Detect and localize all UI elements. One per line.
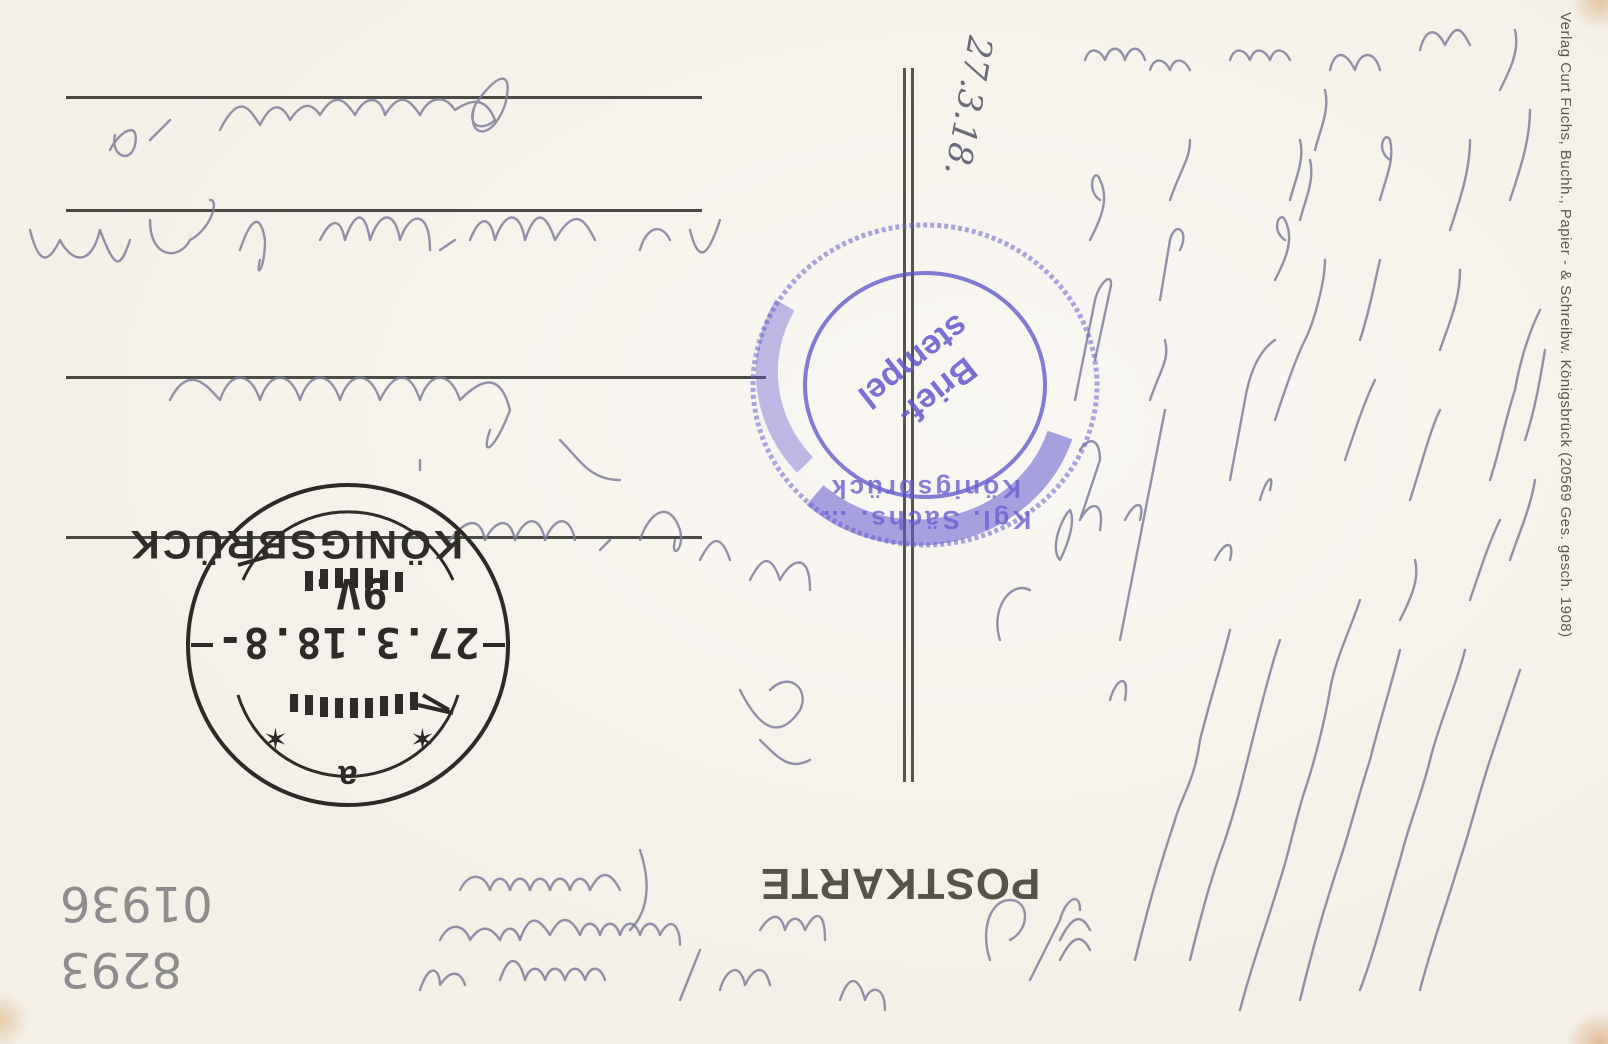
postmark: ✶ ✶ a 27.3.18.8-9V. KÖNIGSBRÜCK (183, 480, 513, 810)
postmark-date: 27.3.18.8-9V. (213, 569, 483, 667)
archive-number-2: 01936 (60, 870, 213, 936)
postmark-town: KÖNIGSBRÜCK (233, 521, 463, 566)
svg-text:✶: ✶ (410, 720, 435, 755)
military-censor-stamp: Kgl. Sächs. … Königsbrück Brief­stempel (745, 215, 1105, 555)
archive-number-1: 8293 (60, 936, 213, 1002)
sender-handwriting (420, 850, 1090, 1010)
archive-numbers: 8293 01936 (60, 870, 213, 1002)
svg-text:✶: ✶ (263, 720, 288, 755)
postmark-letter: a (323, 757, 373, 796)
postcard-back: POSTKARTE Verlag Curt Fuchs, Buchh., Pap… (0, 0, 1608, 1044)
stamp-ring-text: Kgl. Sächs. … Königsbrück (805, 473, 1045, 535)
